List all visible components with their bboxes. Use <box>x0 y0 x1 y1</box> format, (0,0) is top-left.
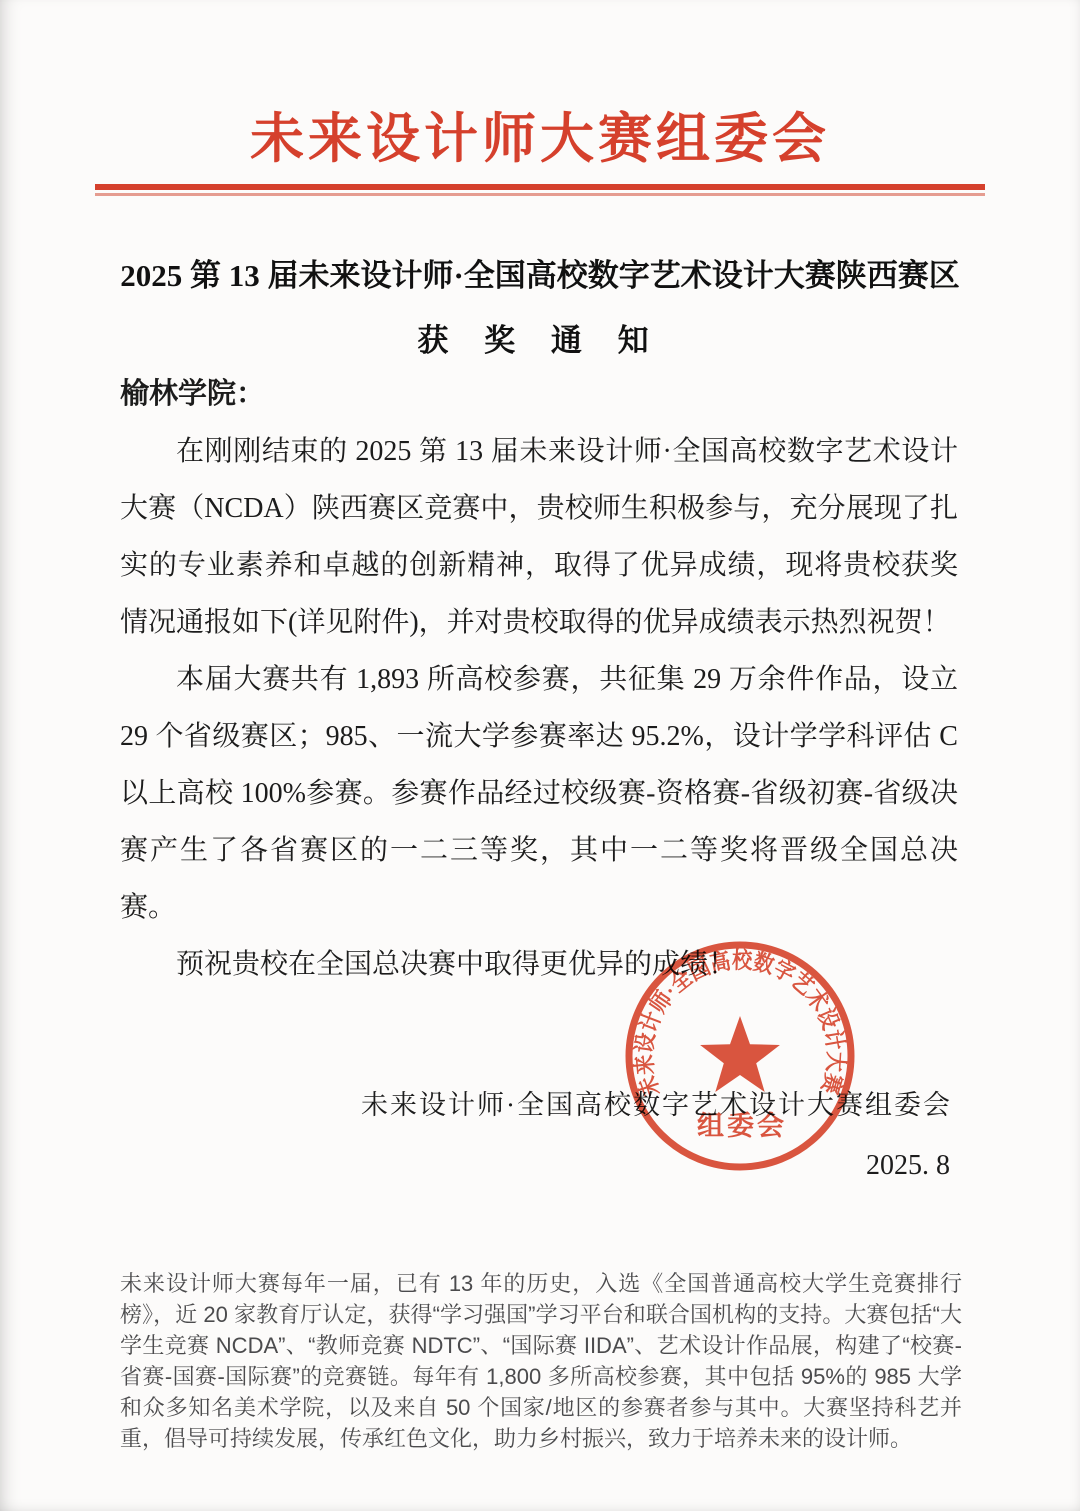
document-title-line1: 2025 第 13 届未来设计师·全国高校数字艺术设计大赛陕西赛区 <box>0 250 1080 295</box>
paragraph-competition-stats: 本届大赛共有 1,893 所高校参赛，共征集 29 万余件作品，设立 29 个省… <box>120 651 958 936</box>
document-title-line2: 获 奖 通 知 <box>0 315 1080 360</box>
divider-thin-line <box>95 193 985 196</box>
letterhead-title: 未来设计师大赛组委会 <box>0 96 1080 173</box>
seal-graphic: 未来设计师·全国高校数字艺术设计大赛 组委会 <box>620 936 860 1176</box>
seal-bottom-text: 组委会 <box>697 1111 787 1141</box>
official-seal: 未来设计师·全国高校数字艺术设计大赛 组委会 <box>620 936 860 1176</box>
divider-thick-line <box>95 184 985 190</box>
letterhead-divider <box>95 184 985 196</box>
footer-competition-intro: 未来设计师大赛每年一届，已有 13 年的历史，入选《全国普通高校大学生竞赛排行榜… <box>120 1268 962 1454</box>
notice-document-page: 未来设计师大赛组委会 2025 第 13 届未来设计师·全国高校数字艺术设计大赛… <box>0 0 1080 1511</box>
seal-star-icon <box>700 1016 780 1092</box>
paragraph-competition-result: 在刚刚结束的 2025 第 13 届未来设计师·全国高校数字艺术设计大赛（NCD… <box>120 423 958 651</box>
letter-body: 榆林学院： 在刚刚结束的 2025 第 13 届未来设计师·全国高校数字艺术设计… <box>120 366 958 993</box>
signature-date: 2025. 8 <box>866 1150 950 1182</box>
salutation: 榆林学院： <box>120 366 958 423</box>
